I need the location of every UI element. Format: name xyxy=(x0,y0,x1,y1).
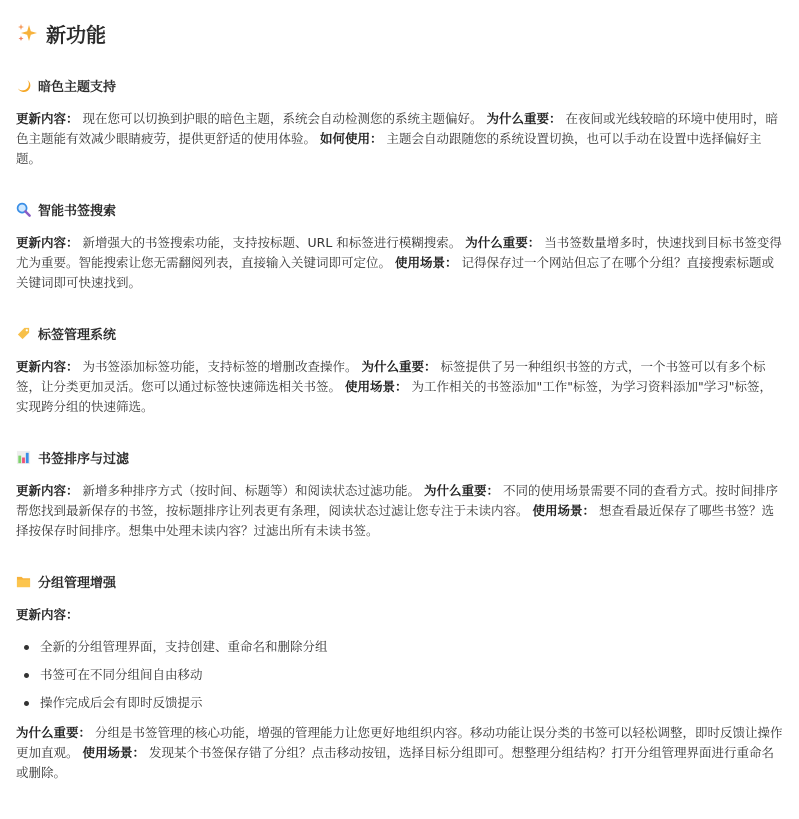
list-item: 操作完成后会有即时反馈提示 xyxy=(16,689,783,717)
list-item: 全新的分组管理界面，支持创建、重命名和删除分组 xyxy=(16,633,783,661)
section-title-text: 暗色主题支持 xyxy=(38,76,116,95)
sparkles-icon xyxy=(16,22,38,44)
what-label: 更新内容： xyxy=(16,235,79,250)
section-what-heading: 更新内容： xyxy=(16,605,783,625)
section-description: 为什么重要： 分组是书签管理的核心功能，增强的管理能力让您更好地组织内容。移动功… xyxy=(16,723,783,783)
section-title: 暗色主题支持 xyxy=(16,75,783,95)
usecase-label: 使用场景： xyxy=(395,255,458,270)
section-title: 智能书签搜索 xyxy=(16,199,783,219)
what-text: 为书签添加标签功能，支持标签的增删改查操作。 xyxy=(83,359,358,374)
label-tag-icon xyxy=(16,326,31,341)
feature-bullet-list: 全新的分组管理界面，支持创建、重命名和删除分组 书签可在不同分组间自由移动 操作… xyxy=(16,633,783,717)
why-label: 为什么重要： xyxy=(465,235,540,250)
feature-tag-management: 标签管理系统 更新内容： 为书签添加标签功能，支持标签的增删改查操作。 为什么重… xyxy=(16,323,783,417)
usecase-label: 使用场景： xyxy=(83,745,146,760)
usecase-label: 使用场景： xyxy=(533,503,596,518)
section-description: 更新内容： 为书签添加标签功能，支持标签的增删改查操作。 为什么重要： 标签提供… xyxy=(16,357,783,417)
how-label: 如何使用： xyxy=(320,131,383,146)
section-description: 更新内容： 新增强大的书签搜索功能，支持按标题、URL 和标签进行模糊搜索。 为… xyxy=(16,233,783,293)
section-title-text: 书签排序与过滤 xyxy=(38,448,129,467)
section-description: 更新内容： 现在您可以切换到护眼的暗色主题，系统会自动检测您的系统主题偏好。 为… xyxy=(16,109,783,169)
feature-sort-filter: 书签排序与过滤 更新内容： 新增多种排序方式（按时间、标题等）和阅读状态过滤功能… xyxy=(16,447,783,541)
why-label: 为什么重要： xyxy=(16,725,91,740)
crescent-moon-icon xyxy=(16,78,31,93)
what-label: 更新内容： xyxy=(16,607,79,622)
magnifying-glass-icon xyxy=(16,202,31,217)
why-label: 为什么重要： xyxy=(487,111,562,126)
why-label: 为什么重要： xyxy=(362,359,437,374)
section-title-text: 智能书签搜索 xyxy=(38,200,116,219)
what-label: 更新内容： xyxy=(16,483,79,498)
feature-dark-theme: 暗色主题支持 更新内容： 现在您可以切换到护眼的暗色主题，系统会自动检测您的系统… xyxy=(16,75,783,169)
what-text: 现在您可以切换到护眼的暗色主题，系统会自动检测您的系统主题偏好。 xyxy=(83,111,483,126)
section-title-text: 标签管理系统 xyxy=(38,324,116,343)
why-label: 为什么重要： xyxy=(424,483,499,498)
feature-smart-search: 智能书签搜索 更新内容： 新增强大的书签搜索功能，支持按标题、URL 和标签进行… xyxy=(16,199,783,293)
section-title: 分组管理增强 xyxy=(16,571,783,591)
section-title: 书签排序与过滤 xyxy=(16,447,783,467)
page-title: 新功能 xyxy=(16,17,783,49)
what-label: 更新内容： xyxy=(16,359,79,374)
what-text: 新增多种排序方式（按时间、标题等）和阅读状态过滤功能。 xyxy=(83,483,421,498)
usecase-label: 使用场景： xyxy=(345,379,408,394)
feature-group-management: 分组管理增强 更新内容： 全新的分组管理界面，支持创建、重命名和删除分组 书签可… xyxy=(16,571,783,783)
list-item: 书签可在不同分组间自由移动 xyxy=(16,661,783,689)
section-title-text: 分组管理增强 xyxy=(38,572,116,591)
section-description: 更新内容： 新增多种排序方式（按时间、标题等）和阅读状态过滤功能。 为什么重要：… xyxy=(16,481,783,541)
folder-icon xyxy=(16,574,31,589)
page-title-text: 新功能 xyxy=(46,19,106,48)
what-text: 新增强大的书签搜索功能，支持按标题、URL 和标签进行模糊搜索。 xyxy=(83,235,462,250)
section-title: 标签管理系统 xyxy=(16,323,783,343)
bar-chart-icon xyxy=(16,450,31,465)
what-label: 更新内容： xyxy=(16,111,79,126)
